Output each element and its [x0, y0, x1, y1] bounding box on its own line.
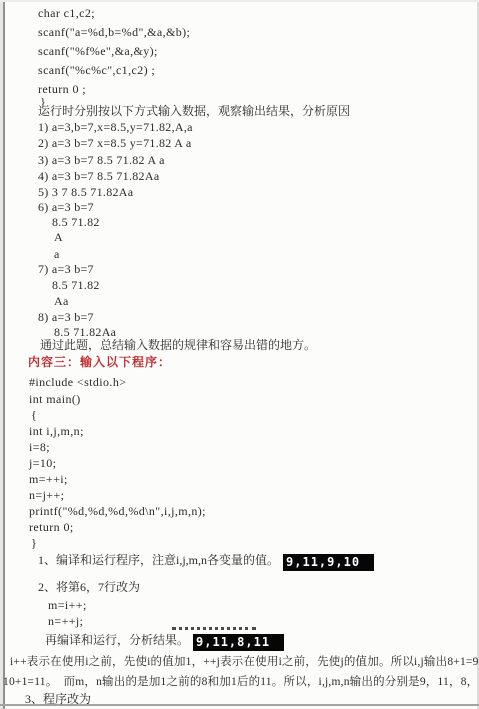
- input-case-5: 5) 3 7 8.5 71.82Aa: [38, 185, 133, 199]
- analysis-line-2: 10+1=11。 而m，n输出的是加1之前的8和加1后的11。所以，i,j,m,…: [3, 676, 479, 690]
- input-case-8: 8) a=3 b=7: [38, 310, 94, 324]
- input-case-1: 1) a=3,b=7,x=8.5,y=71.82,A,a: [38, 120, 193, 134]
- task2-rerun-label: 再编译和运行，分析结果。: [45, 633, 189, 647]
- scan-edge-left-line: [3, 0, 5, 709]
- input-case-6-line3: A: [54, 230, 63, 244]
- task2-output-highlight: 9,11,8,11: [193, 634, 284, 651]
- code-line: scanf("%f%e",&a,&y);: [38, 44, 158, 58]
- code-line: #include <stdio.h>: [29, 375, 126, 389]
- input-case-6-line4: a: [54, 247, 60, 261]
- task1-label: 1、编译和运行程序，注意i,j,m,n各变量的值。: [38, 553, 279, 567]
- input-case-7: 7) a=3 b=7: [38, 262, 94, 276]
- section3-heading: 内容三：输入以下程序：: [28, 355, 171, 369]
- code-line: n=++j;: [48, 614, 83, 628]
- code-line: m=i++;: [48, 598, 87, 612]
- code-line: int main(): [29, 392, 81, 406]
- code-line: printf("%d,%d,%d,%d\n",i,j,m,n);: [29, 504, 206, 518]
- input-case-2: 2) a=3 b=7 x=8.5 y=71.82 A a: [38, 136, 191, 150]
- code-line: return 0;: [29, 520, 74, 534]
- code-line: n=j++;: [29, 488, 64, 502]
- input-case-3: 3) a=3 b=7 8.5 71.82 A a: [38, 153, 165, 167]
- task1-output-highlight: 9,11,9,10: [283, 554, 374, 571]
- task2-rerun-line: 再编译和运行，分析结果。9,11,8,11: [45, 633, 284, 651]
- task3-label: 3、程序改为: [25, 692, 91, 706]
- code-line: }: [31, 536, 37, 550]
- code-line: int i,j,m,n;: [29, 424, 84, 438]
- code-line: m=++i;: [29, 472, 68, 486]
- summary-text: 通过此题，总结输入数据的规律和容易出错的地方。: [40, 338, 316, 352]
- input-case-7-line3: Aa: [54, 294, 69, 308]
- scanned-document-page: char c1,c2; scanf("a=%d,b=%d",&a,&b); sc…: [0, 0, 479, 709]
- code-line: char c1,c2;: [38, 6, 95, 20]
- code-line: scanf("%c%c",c1,c2) ;: [38, 63, 155, 77]
- task2-label: 2、将第6，7行改为: [38, 580, 140, 594]
- input-case-6-line2: 8.5 71.82: [52, 215, 100, 229]
- input-case-7-line2: 8.5 71.82: [52, 278, 100, 292]
- scan-artifact: [172, 627, 256, 630]
- code-line: {: [31, 408, 37, 422]
- code-line: i=8;: [29, 440, 50, 454]
- analysis-line-1: i++表示在使用i之前，先使i的值加1，++j表示在使用i之前，先使j的值加。所…: [10, 656, 479, 670]
- code-line: j=10;: [29, 456, 56, 470]
- code-line: scanf("a=%d,b=%d",&a,&b);: [38, 25, 190, 39]
- input-case-4: 4) a=3 b=7 8.5 71.82Aa: [38, 169, 159, 183]
- task1-line: 1、编译和运行程序，注意i,j,m,n各变量的值。9,11,9,10: [38, 553, 374, 571]
- run-prompt-text: 运行时分别按以下方式输入数据，观察输出结果，分析原因: [38, 104, 350, 118]
- scan-edge-top-strip: [0, 0, 479, 2]
- input-case-6: 6) a=3 b=7: [38, 200, 94, 214]
